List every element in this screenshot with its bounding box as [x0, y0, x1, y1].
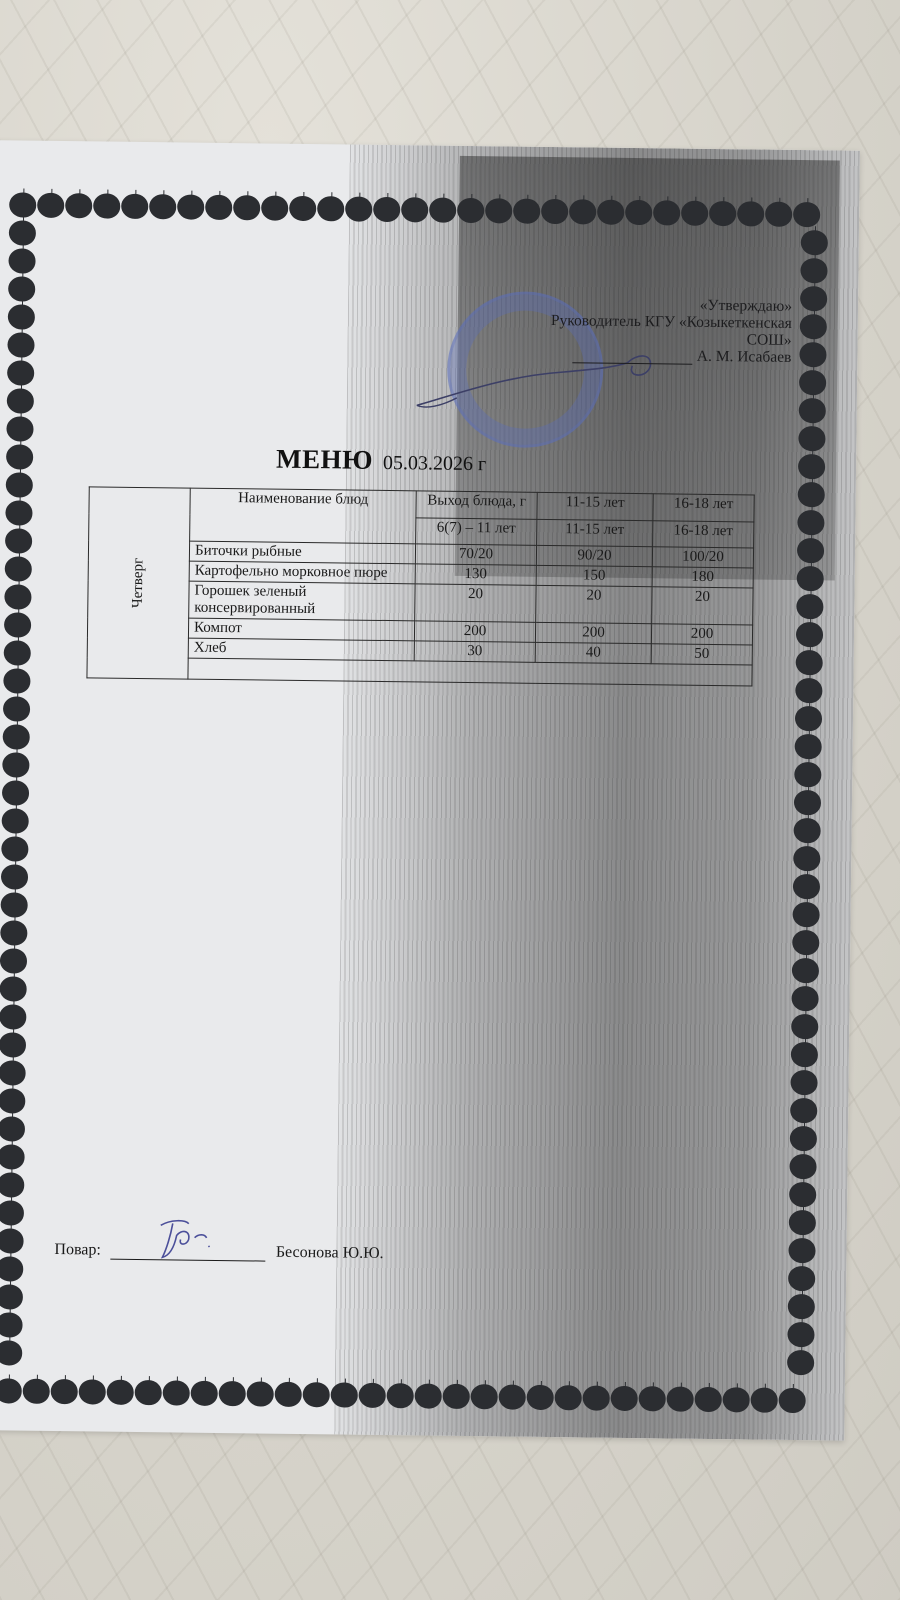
- apple-dot-icon: [79, 1379, 106, 1404]
- yield-16-18: 180: [652, 567, 753, 588]
- yield-6-11: 30: [414, 641, 535, 662]
- apple-dot-icon: [787, 1322, 814, 1347]
- apple-dot-icon: [289, 196, 316, 221]
- cook-signature: [151, 1215, 222, 1264]
- approval-block: «Утверждаю» Руководитель КГУ «Козыкеткен…: [550, 295, 792, 366]
- apple-dot-icon: [0, 1060, 26, 1085]
- apple-dot-icon: [471, 1384, 498, 1409]
- apple-dot-icon: [799, 370, 826, 395]
- yield-16-18: 100/20: [652, 547, 753, 568]
- apple-dot-icon: [779, 1388, 806, 1413]
- apple-dot-icon: [791, 1042, 818, 1067]
- apple-dot-icon: [0, 1378, 22, 1403]
- apple-dot-icon: [303, 1382, 330, 1407]
- apple-dot-icon: [121, 194, 148, 219]
- apple-dot-icon: [275, 1382, 302, 1407]
- apple-dot-icon: [788, 1266, 815, 1291]
- apple-dot-icon: [597, 200, 624, 225]
- apple-dot-icon: [5, 528, 32, 553]
- apple-dot-icon: [0, 1312, 23, 1337]
- apple-dot-icon: [65, 193, 92, 218]
- dish-name: Картофельно морковное пюре: [189, 561, 415, 584]
- apple-dot-icon: [797, 510, 824, 535]
- apple-dot-icon: [793, 874, 820, 899]
- apple-dot-icon: [359, 1383, 386, 1408]
- apple-dot-icon: [695, 1387, 722, 1412]
- apple-dot-icon: [790, 1098, 817, 1123]
- signature-line: [573, 348, 693, 364]
- yield-16-18: 50: [651, 644, 752, 665]
- apple-dot-icon: [0, 1144, 25, 1169]
- apple-dot-icon: [791, 1014, 818, 1039]
- apple-dot-icon: [0, 1228, 24, 1253]
- apple-dot-icon: [205, 195, 232, 220]
- apple-dot-icon: [9, 192, 36, 217]
- apple-dot-icon: [0, 1284, 23, 1309]
- apple-dot-icon: [2, 780, 29, 805]
- apple-dot-icon: [107, 1380, 134, 1405]
- approver-name: А. М. Исабаев: [697, 348, 792, 366]
- apple-dot-icon: [737, 201, 764, 226]
- menu-table: Четверг Наименование блюд Выход блюда, г…: [86, 486, 754, 686]
- yield-6-11: 20: [415, 584, 536, 622]
- apple-dot-icon: [790, 1126, 817, 1151]
- apple-dot-icon: [555, 1385, 582, 1410]
- header-age-11-15: 11-15 лет: [537, 492, 653, 520]
- apple-dot-icon: [0, 1004, 26, 1029]
- apple-dot-icon: [317, 196, 344, 221]
- page-title: МЕНЮ 05.03.2026 г: [276, 444, 486, 478]
- dish-name: Компот: [188, 618, 414, 641]
- yield-6-11: 130: [415, 564, 536, 585]
- apple-dot-icon: [798, 482, 825, 507]
- apple-dot-icon: [6, 416, 33, 441]
- apple-dot-icon: [1, 892, 28, 917]
- apple-dot-icon: [791, 986, 818, 1011]
- cook-signature-block: Повар: Бесонова Ю.Ю.: [54, 1241, 383, 1263]
- apple-dot-icon: [625, 200, 652, 225]
- apple-dot-icon: [799, 342, 826, 367]
- apple-dot-icon: [387, 1383, 414, 1408]
- apple-dot-icon: [653, 200, 680, 225]
- apple-dot-icon: [795, 678, 822, 703]
- apple-dot-icon: [149, 194, 176, 219]
- apple-dot-icon: [429, 197, 456, 222]
- apple-dot-icon: [2, 752, 29, 777]
- subheader-age-11-15: 11-15 лет: [537, 519, 653, 547]
- apple-dot-icon: [793, 818, 820, 843]
- apple-dot-icon: [135, 1380, 162, 1405]
- apple-dot-icon: [261, 195, 288, 220]
- menu-document: «Утверждаю» Руководитель КГУ «Козыкеткен…: [0, 140, 860, 1441]
- apple-dot-icon: [401, 197, 428, 222]
- apple-dot-icon: [2, 808, 29, 833]
- apple-dot-icon: [7, 388, 34, 413]
- apple-dot-icon: [331, 1382, 358, 1407]
- apple-dot-icon: [789, 1182, 816, 1207]
- apple-dot-icon: [0, 920, 27, 945]
- apple-dot-icon: [796, 650, 823, 675]
- apple-dot-icon: [789, 1210, 816, 1235]
- apple-dot-icon: [233, 195, 260, 220]
- apple-dot-icon: [0, 1340, 22, 1365]
- apple-dot-icon: [796, 622, 823, 647]
- apple-dot-icon: [788, 1238, 815, 1263]
- apple-dot-icon: [793, 202, 820, 227]
- header-yield: Выход блюда, г: [416, 491, 537, 519]
- cook-label: Повар:: [54, 1241, 101, 1259]
- apple-dot-icon: [0, 1088, 25, 1113]
- apple-dot-icon: [443, 1384, 470, 1409]
- apple-dot-icon: [499, 1384, 526, 1409]
- apple-dot-icon: [1, 836, 28, 861]
- apple-dot-icon: [723, 1387, 750, 1412]
- apple-dot-icon: [345, 196, 372, 221]
- apple-dot-icon: [709, 201, 736, 226]
- apple-dot-icon: [799, 398, 826, 423]
- apple-border-left: [0, 220, 36, 1368]
- apple-dot-icon: [4, 640, 31, 665]
- apple-dot-icon: [794, 790, 821, 815]
- apple-dot-icon: [569, 199, 596, 224]
- apple-dot-icon: [681, 201, 708, 226]
- apple-dot-icon: [3, 668, 30, 693]
- apple-dot-icon: [191, 1381, 218, 1406]
- apple-dot-icon: [8, 276, 35, 301]
- apple-dot-icon: [373, 197, 400, 222]
- apple-dot-icon: [797, 538, 824, 563]
- apple-dot-icon: [801, 230, 828, 255]
- approval-position: Руководитель КГУ «Козыкеткенская: [551, 312, 792, 332]
- apple-dot-icon: [513, 199, 540, 224]
- yield-16-18: 200: [651, 624, 752, 645]
- yield-11-15: 40: [535, 642, 651, 663]
- dish-name: Хлеб: [188, 638, 414, 661]
- subheader-age-6-11: 6(7) – 11 лет: [416, 517, 537, 545]
- header-age-16-18: 16-18 лет: [653, 494, 754, 522]
- apple-dot-icon: [3, 696, 30, 721]
- apple-dot-icon: [800, 286, 827, 311]
- apple-dot-icon: [9, 220, 36, 245]
- apple-dot-icon: [415, 1383, 442, 1408]
- apple-dot-icon: [800, 314, 827, 339]
- apple-dot-icon: [789, 1154, 816, 1179]
- apple-dot-icon: [787, 1350, 814, 1375]
- apple-dot-icon: [37, 193, 64, 218]
- apple-dot-icon: [793, 846, 820, 871]
- apple-dot-icon: [792, 902, 819, 927]
- day-cell: Четверг: [87, 487, 190, 679]
- apple-dot-icon: [796, 594, 823, 619]
- apple-dot-icon: [0, 1172, 24, 1197]
- apple-dot-icon: [792, 958, 819, 983]
- apple-dot-icon: [795, 706, 822, 731]
- apple-dot-icon: [792, 930, 819, 955]
- yield-11-15: 90/20: [536, 545, 652, 566]
- apple-dot-icon: [0, 948, 27, 973]
- dish-name: Биточки рыбные: [189, 541, 415, 564]
- apple-dot-icon: [790, 1070, 817, 1095]
- cook-name: Бесонова Ю.Ю.: [276, 1244, 384, 1262]
- apple-dot-icon: [6, 472, 33, 497]
- day-label: Четверг: [130, 558, 148, 608]
- apple-dot-icon: [4, 612, 31, 637]
- apple-dot-icon: [0, 1256, 23, 1281]
- apple-dot-icon: [3, 724, 30, 749]
- apple-dot-icon: [485, 198, 512, 223]
- yield-6-11: 70/20: [415, 544, 536, 565]
- apple-dot-icon: [527, 1385, 554, 1410]
- apple-dot-icon: [667, 1386, 694, 1411]
- apple-dot-icon: [163, 1380, 190, 1405]
- apple-dot-icon: [7, 360, 34, 385]
- yield-11-15: 200: [535, 622, 651, 643]
- apple-dot-icon: [0, 1116, 25, 1141]
- cook-signature-line: [111, 1245, 266, 1262]
- dish-name: Горошек зеленый консервированный: [189, 581, 415, 621]
- apple-dot-icon: [800, 258, 827, 283]
- title-date: 05.03.2026 г: [383, 452, 486, 475]
- apple-dot-icon: [5, 500, 32, 525]
- apple-dot-icon: [794, 762, 821, 787]
- yield-16-18: 20: [652, 587, 753, 625]
- apple-dot-icon: [0, 1200, 24, 1225]
- title-menu: МЕНЮ: [276, 444, 373, 475]
- header-dish-name: Наименование блюд: [190, 488, 417, 544]
- apple-dot-icon: [794, 734, 821, 759]
- apple-dot-icon: [639, 1386, 666, 1411]
- apple-dot-icon: [7, 332, 34, 357]
- apple-dot-icon: [751, 1388, 778, 1413]
- apple-dot-icon: [6, 444, 33, 469]
- apple-dot-icon: [798, 426, 825, 451]
- apple-dot-icon: [0, 1032, 26, 1057]
- apple-dot-icon: [788, 1294, 815, 1319]
- apple-dot-icon: [8, 304, 35, 329]
- apple-dot-icon: [611, 1386, 638, 1411]
- apple-dot-icon: [5, 556, 32, 581]
- yield-11-15: 20: [536, 585, 652, 623]
- apple-dot-icon: [797, 566, 824, 591]
- apple-dot-icon: [0, 976, 27, 1001]
- apple-dot-icon: [219, 1381, 246, 1406]
- apple-dot-icon: [583, 1385, 610, 1410]
- apple-dot-icon: [541, 199, 568, 224]
- apple-dot-icon: [4, 584, 31, 609]
- apple-dot-icon: [247, 1381, 274, 1406]
- apple-dot-icon: [8, 248, 35, 273]
- apple-dot-icon: [798, 454, 825, 479]
- apple-dot-icon: [51, 1379, 78, 1404]
- apple-dot-icon: [765, 202, 792, 227]
- subheader-age-16-18: 16-18 лет: [653, 520, 754, 548]
- apple-dot-icon: [23, 1379, 50, 1404]
- yield-11-15: 150: [536, 565, 652, 586]
- apple-dot-icon: [457, 198, 484, 223]
- approval-signature-line: А. М. Исабаев: [550, 346, 791, 366]
- apple-dot-icon: [93, 193, 120, 218]
- apple-dot-icon: [1, 864, 28, 889]
- apple-dot-icon: [177, 194, 204, 219]
- yield-6-11: 200: [414, 621, 535, 642]
